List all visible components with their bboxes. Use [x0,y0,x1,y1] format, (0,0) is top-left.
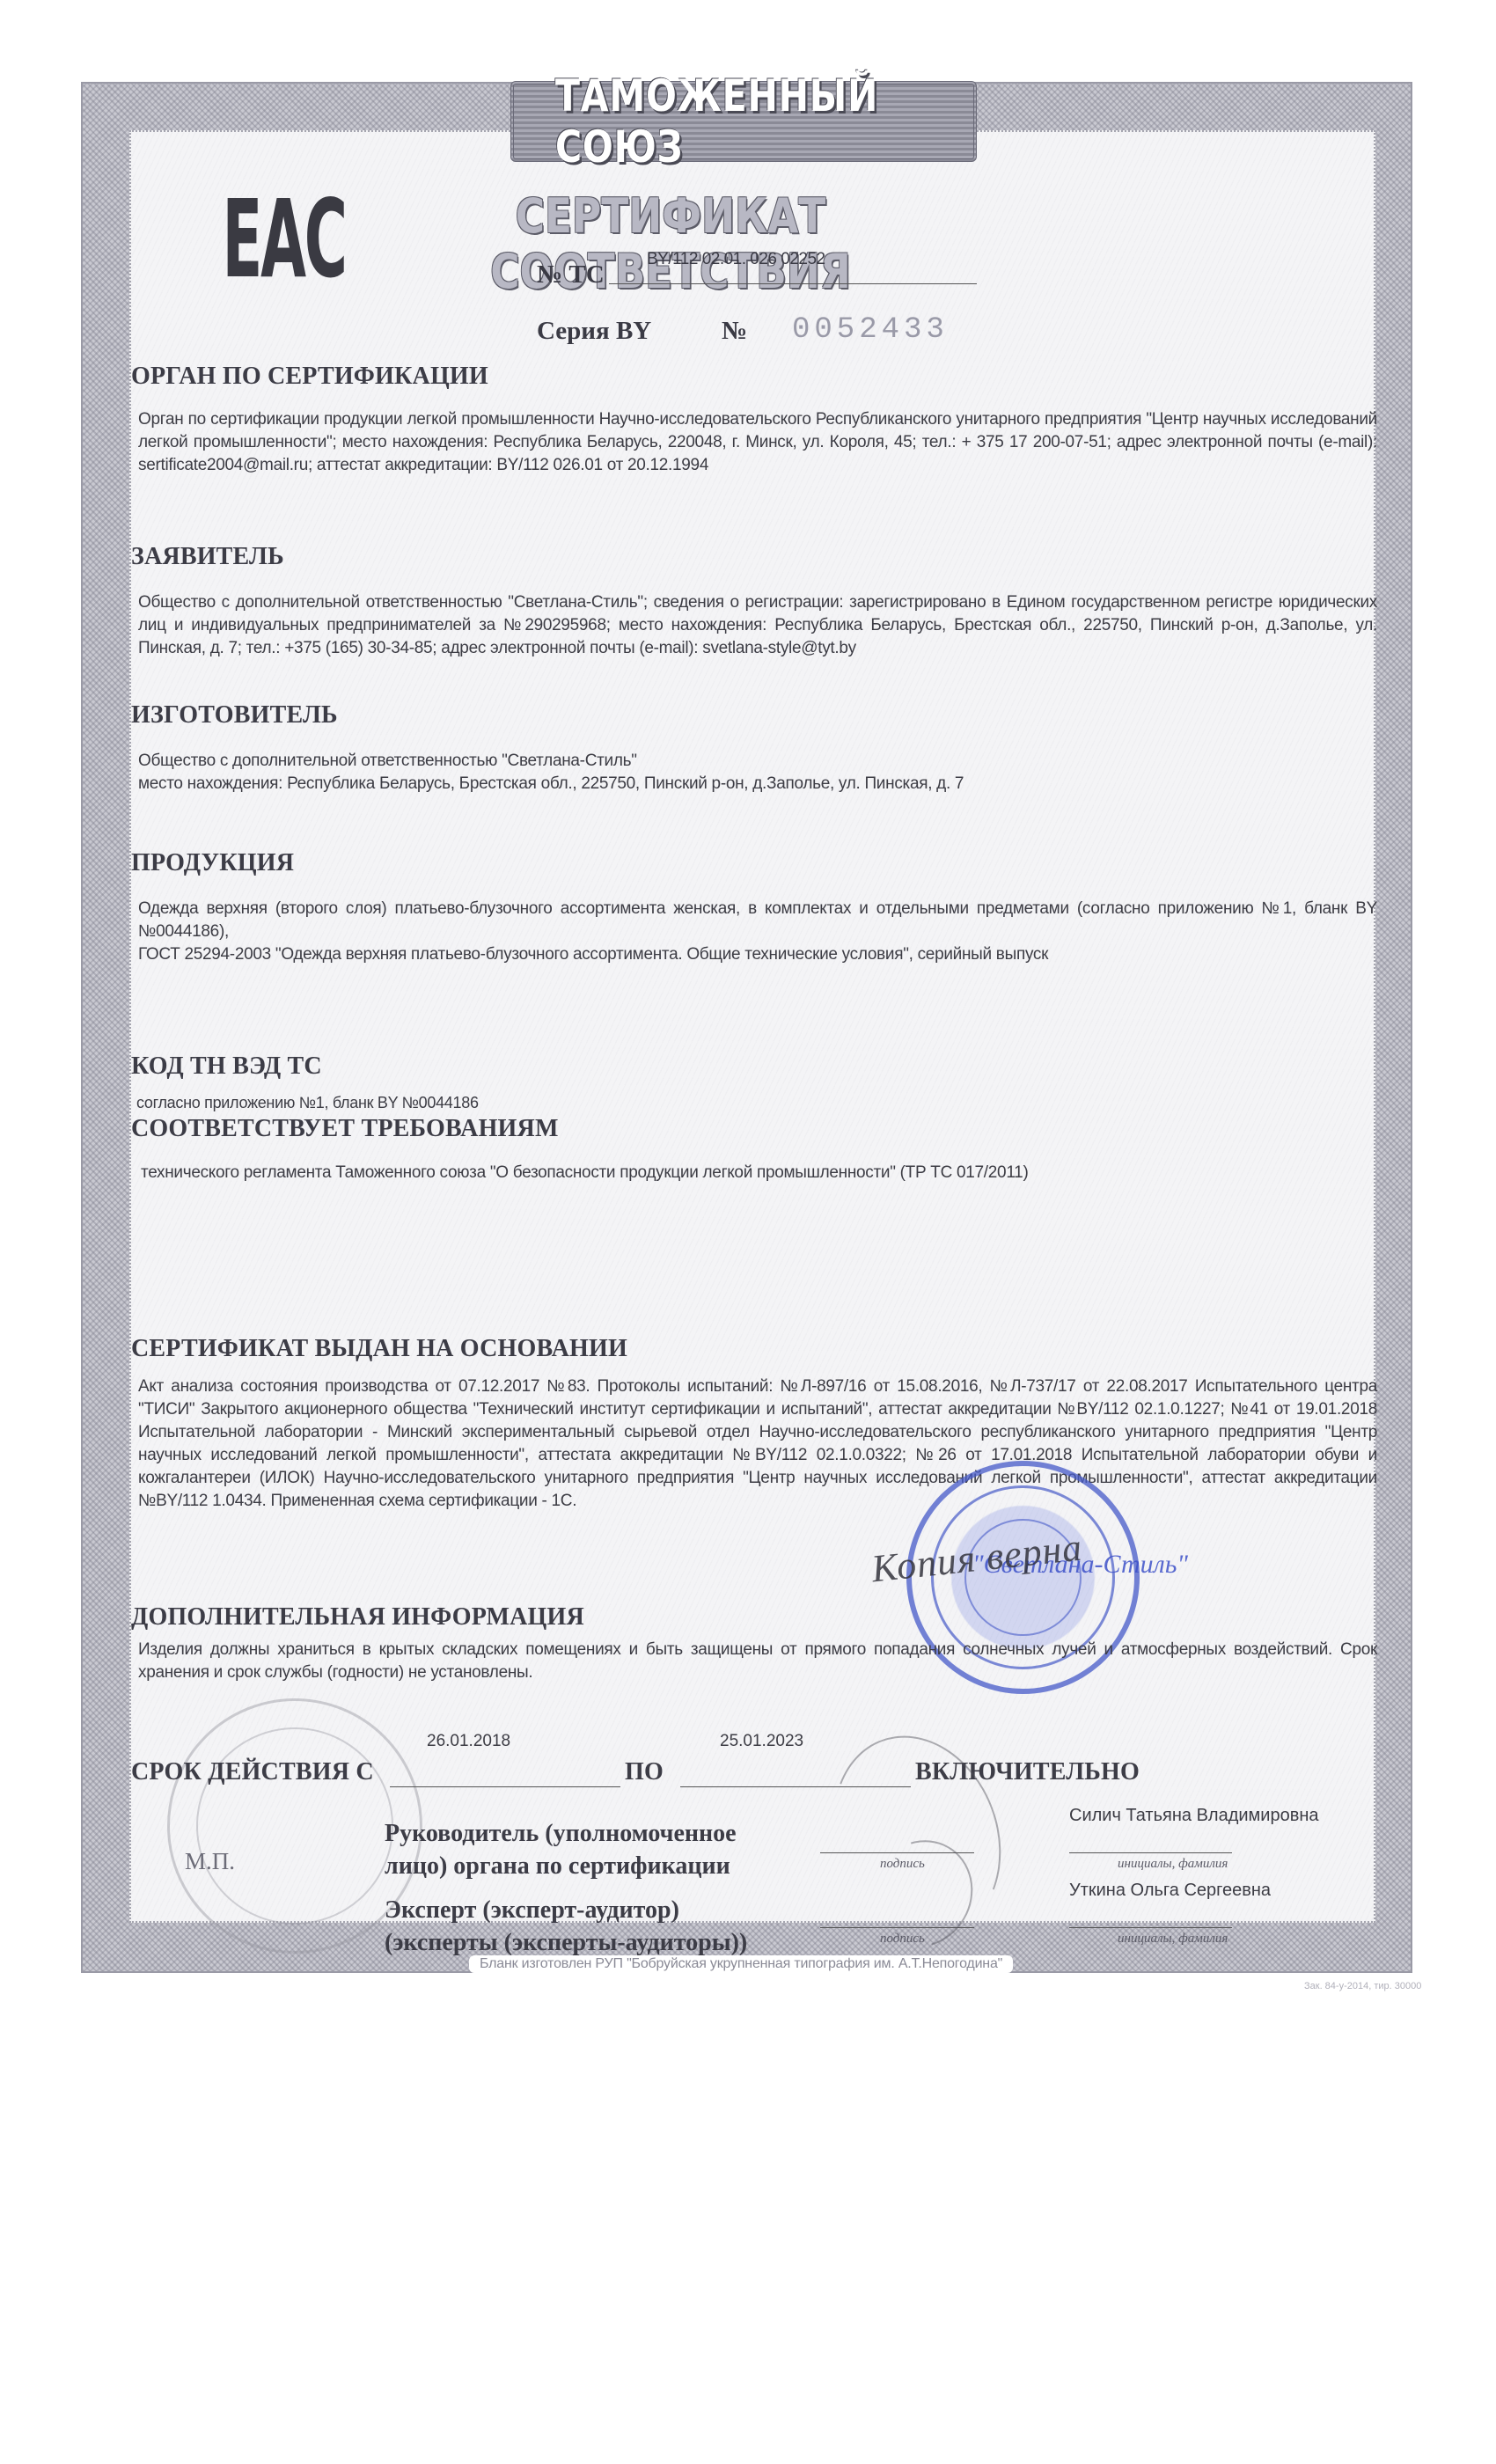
customs-union-banner: ТАМОЖЕННЫЙ СОЮЗ [510,81,977,162]
certification-body-heading: ОРГАН ПО СЕРТИФИКАЦИИ [131,363,488,391]
product-standard: ГОСТ 25294-2003 "Одежда верхняя платьево… [138,943,1377,966]
expert-role: Эксперт (эксперт-аудитор) (эксперты (экс… [385,1894,747,1959]
validity-from-underline [390,1786,620,1787]
certification-body-text: Орган по сертификации продукции легкой п… [138,408,1377,477]
manufacturer-address: место нахождения: Республика Беларусь, Б… [138,773,964,796]
applicant-text: Общество с дополнительной ответственност… [138,591,1377,660]
validity-to-date: 25.01.2023 [720,1732,803,1751]
applicant-heading: ЗАЯВИТЕЛЬ [131,543,284,571]
requirements-text: технического регламента Таможенного союз… [141,1162,1028,1184]
tn-ved-heading: КОД ТН ВЭД ТС [131,1052,322,1081]
eac-logo-icon: ЕАС [236,189,333,293]
series-number: 0052433 [792,313,949,347]
series-number-sign: № [722,317,747,346]
series-label: Серия BY [537,317,651,346]
order-note: Зак. 84-у-2014, тир. 30000 [1304,1981,1421,1991]
printer-note: Бланк изготовлен РУП "Бобруйская укрупне… [469,1955,1013,1973]
validity-from-date: 26.01.2018 [427,1732,510,1751]
banner-text: ТАМОЖЕННЫЙ СОЮЗ [555,70,932,172]
head-name: Силич Татьяна Владимировна [1069,1806,1319,1826]
head-name-caption: инициалы, фамилия [1118,1857,1228,1872]
seal-place-label: М.П. [185,1848,235,1875]
manufacturer-heading: ИЗГОТОВИТЕЛЬ [131,701,338,730]
head-role: Руководитель (уполномоченное лицо) орган… [385,1817,737,1882]
validity-from-label: СРОК ДЕЙСТВИЯ С [131,1758,374,1786]
product-text: Одежда верхняя (второго слоя) платьево-б… [138,898,1377,943]
additional-info-heading: ДОПОЛНИТЕЛЬНАЯ ИНФОРМАЦИЯ [131,1603,584,1632]
expert-name-caption: инициалы, фамилия [1118,1932,1228,1947]
product-description: Одежда верхняя (второго слоя) платьево-б… [138,898,1377,966]
validity-to-label: ПО [625,1758,664,1786]
basis-text: Акт анализа состояния производства от 07… [138,1375,1377,1513]
tc-number-label: № ТС [537,260,605,290]
tc-number-value: BY/112 02.01. 026 02252 [647,250,825,269]
expert-name-line [1069,1927,1232,1928]
tn-ved-text: согласно приложению №1, бланк BY №004418… [136,1091,479,1114]
product-heading: ПРОДУКЦИЯ [131,849,294,877]
requirements-heading: СООТВЕТСТВУЕТ ТРЕБОВАНИЯМ [131,1115,559,1143]
tc-number-underline [609,283,977,284]
additional-info-text: Изделия должны храниться в крытых складс… [138,1639,1377,1684]
head-name-line [1069,1852,1232,1853]
expert-name: Уткина Ольга Сергеевна [1069,1881,1271,1901]
manufacturer-name: Общество с дополнительной ответственност… [138,750,637,773]
basis-heading: СЕРТИФИКАТ ВЫДАН НА ОСНОВАНИИ [131,1335,627,1363]
